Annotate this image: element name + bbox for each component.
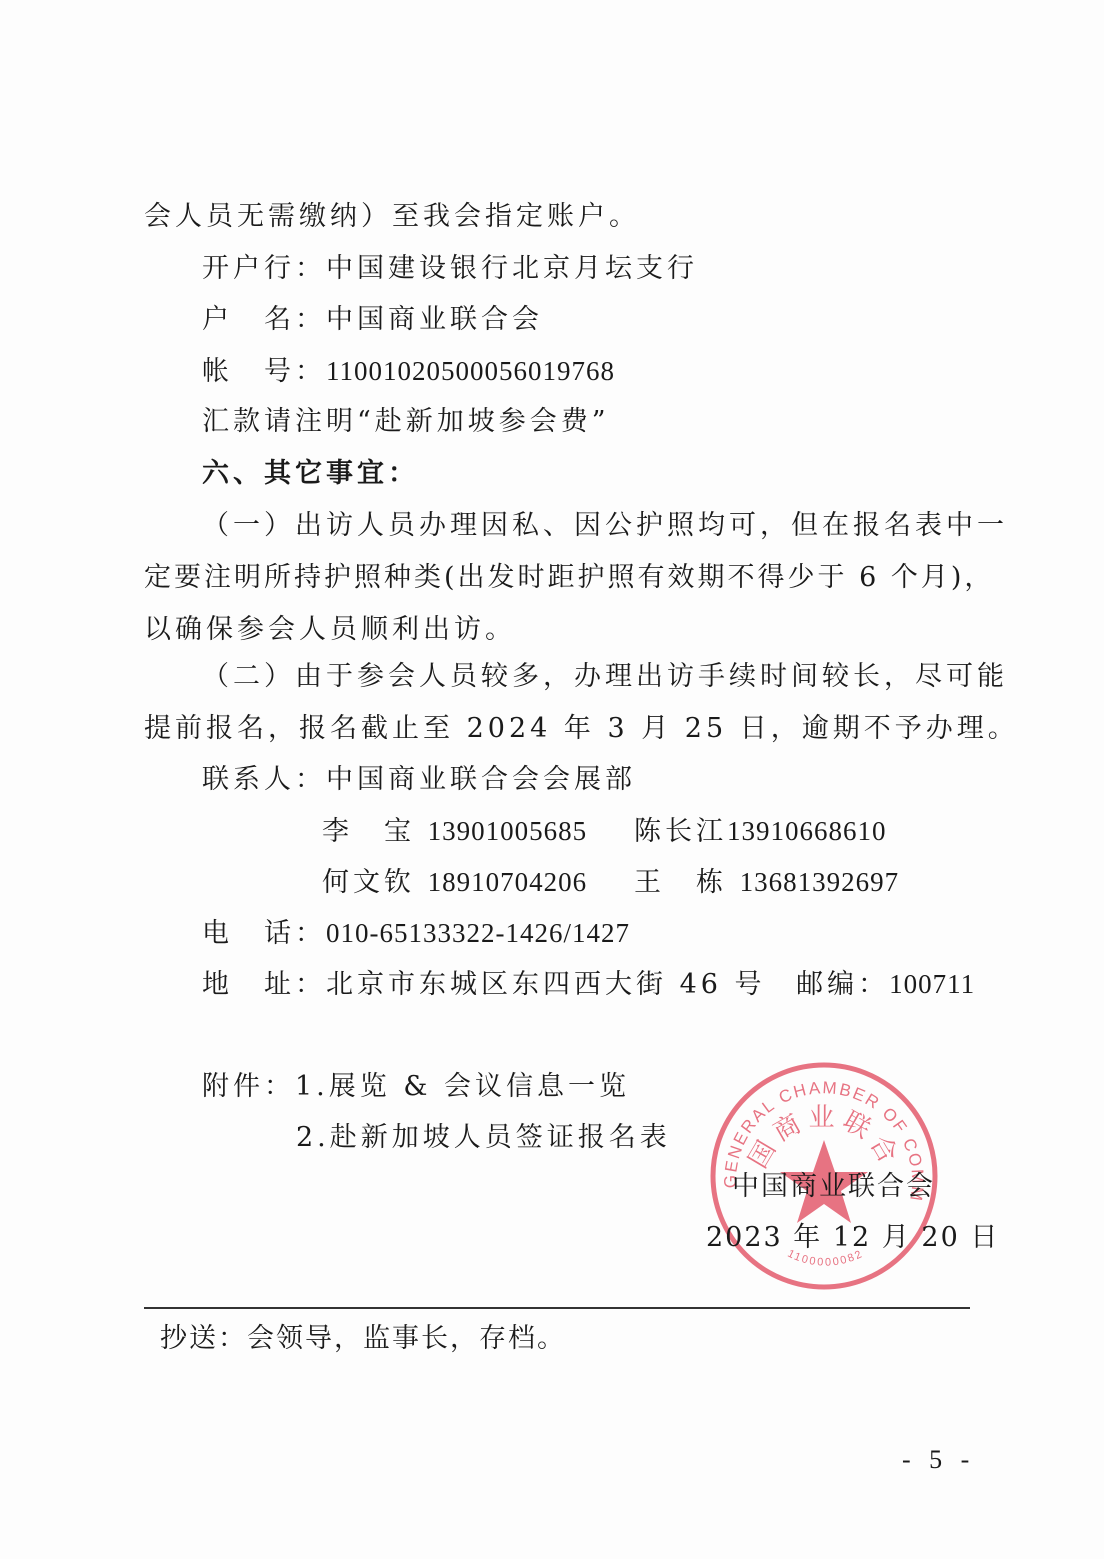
account-name-row: 户 名：中国商业联合会: [202, 303, 543, 337]
bank-value: 中国建设银行北京月坛支行: [326, 253, 698, 284]
contact-person: 王 栋 13681392697: [634, 865, 899, 900]
attachments-row: 附件：1.展览 & 会议信息一览: [202, 1070, 630, 1104]
account-number-row: 帐 号：11001020500056019768: [202, 354, 615, 389]
contact-name: 何文钦: [322, 867, 415, 898]
contact-person: 李 宝 13901005685: [322, 814, 587, 849]
contact-label: 联系人：: [202, 764, 326, 795]
account-number-label: 帐 号：: [202, 356, 326, 387]
postcode-value: 100711: [889, 969, 975, 999]
item1-line3: 以确保参会人员顺利出访。: [144, 613, 516, 647]
contact-phone: 13681392697: [740, 867, 900, 897]
page-number: - 5 -: [902, 1445, 975, 1475]
contact-phone: 18910704206: [428, 867, 588, 897]
contact-person: 何文钦 18910704206: [322, 865, 587, 900]
postcode-label: 邮编：: [796, 969, 889, 1000]
item1-line2: 定要注明所持护照种类(出发时距护照有效期不得少于 6 个月)，: [144, 561, 994, 595]
address-row: 地 址：北京市东城区东四西大街 46 号 邮编：100711: [202, 967, 975, 1002]
contact-phone: 13910668610: [727, 816, 887, 846]
telephone-value: 010-65133322-1426/1427: [326, 918, 630, 948]
document-page: 会人员无需缴纳）至我会指定账户。 开户行：中国建设银行北京月坛支行 户 名：中国…: [0, 0, 1104, 1559]
contact-phone: 13901005685: [428, 816, 588, 846]
account-name-label: 户 名：: [202, 304, 326, 335]
contact-department: 中国商业联合会会展部: [326, 764, 636, 795]
signature-date: 2023 年 12 月 20 日: [706, 1221, 999, 1255]
item1-line1: （一）出访人员办理因私、因公护照均可，但在报名表中一: [202, 509, 1008, 543]
contact-name: 李 宝: [322, 816, 415, 847]
contact-name: 陈长江: [634, 816, 727, 847]
account-name-value: 中国商业联合会: [326, 304, 543, 335]
divider-line: [144, 1307, 970, 1309]
contact-row: 联系人：中国商业联合会会展部: [202, 763, 636, 797]
telephone-label: 电 话：: [202, 918, 326, 949]
cc-line: 抄送：会领导，监事长，存档。: [160, 1322, 566, 1356]
attachments-label: 附件：: [202, 1071, 295, 1102]
continuation-line: 会人员无需缴纳）至我会指定账户。: [144, 200, 640, 234]
bank-label: 开户行：: [202, 253, 326, 284]
contact-person: 陈长江13910668610: [634, 814, 887, 849]
attachment-item: 1.展览 & 会议信息一览: [295, 1071, 630, 1102]
signature-org: 中国商业联合会: [732, 1170, 935, 1204]
item2-line1: （二）由于参会人员较多，办理出访手续时间较长，尽可能: [202, 660, 1008, 694]
item2-line2: 提前报名，报名截止至 2024 年 3 月 25 日，逾期不予办理。: [144, 712, 1019, 746]
contact-name: 王 栋: [634, 867, 727, 898]
remittance-note: 汇款请注明“赴新加坡参会费”: [202, 405, 610, 439]
section-heading: 六、其它事宜：: [202, 457, 419, 491]
telephone-row: 电 话：010-65133322-1426/1427: [202, 916, 630, 951]
address-value: 北京市东城区东四西大街 46 号: [326, 969, 766, 1000]
address-label: 地 址：: [202, 969, 326, 1000]
attachment-item: 2.赴新加坡人员签证报名表: [296, 1121, 671, 1155]
bank-row: 开户行：中国建设银行北京月坛支行: [202, 252, 698, 286]
account-number-value: 11001020500056019768: [326, 356, 615, 386]
